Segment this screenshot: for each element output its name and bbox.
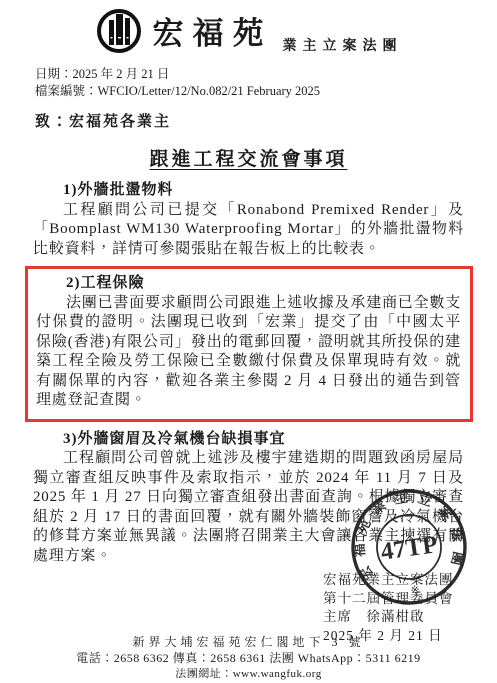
section-1-body: 工程顧問公司已提交「Ronabond Premixed Render」及「Boo… <box>33 201 464 260</box>
svg-text:宏福苑業主立案法團: 宏福苑業主立案法團 <box>343 481 471 584</box>
letter-meta: 日期：2025 年 2 月 21 日 檔案編號：WFCIO/Letter/12/… <box>35 66 497 100</box>
addressee-line: 致：宏福苑各業主 <box>35 110 497 131</box>
letter-footer: 新界大埔宏福苑宏仁閣地下 3 號 電話：2658 6362 傳真：2658 63… <box>0 634 497 682</box>
file-ref-line: 檔案編號：WFCIO/Letter/12/No.082/21 February … <box>35 83 497 100</box>
date-line: 日期：2025 年 2 月 21 日 <box>35 66 497 83</box>
section-1-heading: 1)外牆批盪物料 <box>33 181 464 201</box>
signature-committee: 第十二屆管理委員會 <box>323 590 454 609</box>
signature-chairman: 主席 徐滿柑啟 <box>323 608 454 627</box>
document-title: 跟進工程交流會事項 <box>0 144 497 171</box>
estate-logo-icon <box>95 7 143 60</box>
section-3-heading: 3)外牆窗眉及冷氣機台缺損事宜 <box>33 430 464 450</box>
section-2-heading: 2)工程保險 <box>36 274 461 294</box>
estate-name: 宏福苑 <box>153 18 273 49</box>
footer-contacts: 電話：2658 6362 傳真：2658 6361 法團 WhatsApp：53… <box>0 650 497 666</box>
section-2: 2)工程保險 法團已書面要求顧問公司跟進上述收據及承建商已全數支付保費的證明。法… <box>36 274 461 411</box>
letterhead: 宏福苑 業主立案法團 <box>0 0 497 60</box>
stamp-ring-text: 宏福苑業主立案法團 <box>343 481 471 584</box>
notice-document: 宏福苑 業主立案法團 日期：2025 年 2 月 21 日 檔案編號：WFCIO… <box>0 0 497 683</box>
highlight-box: 2)工程保險 法團已書面要求顧問公司跟進上述收據及承建商已全數支付保費的證明。法… <box>25 266 473 422</box>
section-1: 1)外牆批盪物料 工程顧問公司已提交「Ronabond Premixed Ren… <box>33 181 464 259</box>
section-2-body: 法團已書面要求顧問公司跟進上述收據及承建商已全數支付保費的證明。法團現已收到「宏… <box>36 294 461 411</box>
footer-website: 法團網址：www.wangfuk.org <box>0 666 497 682</box>
signature-org: 宏福苑業主立案法團 <box>323 571 454 590</box>
stamp-center-text: 47TP <box>379 531 439 566</box>
org-type-label: 業主立案法團 <box>283 35 403 60</box>
footer-address: 新界大埔宏福苑宏仁閣地下 3 號 <box>0 634 497 650</box>
